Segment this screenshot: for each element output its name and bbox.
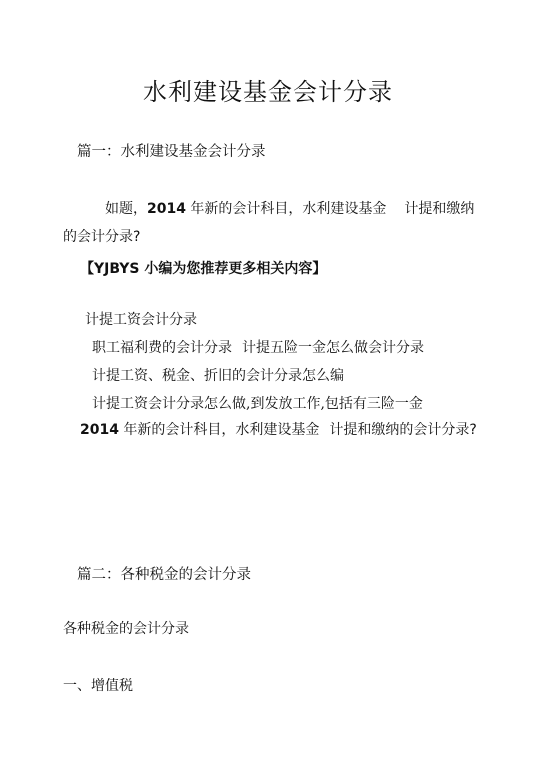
- question-line-2: 的会计分录?: [63, 226, 140, 246]
- section-heading-2: 篇二：各种税金的会计分录: [77, 563, 251, 584]
- question-middle: 年新的会计科目，水利建设基金: [186, 201, 386, 217]
- recommend-banner: 【YJBYS 小编为您推荐更多相关内容】: [80, 258, 326, 278]
- document-title: 水利建设基金会计分录: [0, 72, 536, 107]
- question-end: 计提和缴纳: [404, 201, 474, 217]
- related-link-3[interactable]: 计提五险一金怎么做会计分录: [242, 340, 424, 356]
- related-link-5[interactable]: 计提工资会计分录怎么做,到发放工作,包括有三险一金: [92, 393, 423, 413]
- year-text: 2014: [147, 201, 186, 217]
- section2-subtitle: 各种税金的会计分录: [63, 618, 189, 638]
- section-heading-1: 篇一：水利建设基金会计分录: [77, 140, 266, 161]
- item-vat-heading: 一、增值税: [63, 675, 133, 695]
- related-link-2[interactable]: 职工福利费的会计分录: [92, 340, 232, 356]
- year-text: 2014: [80, 422, 119, 438]
- related-link-6[interactable]: 2014 年新的会计科目，水利建设基金计提和缴纳的会计分录?: [80, 419, 477, 439]
- link-text-end: 计提和缴纳的会计分录?: [329, 422, 476, 438]
- question-line-1: 如题，2014 年新的会计科目，水利建设基金计提和缴纳: [105, 198, 474, 218]
- related-link-4[interactable]: 计提工资、税金、折旧的会计分录怎么编: [92, 365, 344, 385]
- related-link-1[interactable]: 计提工资会计分录: [85, 309, 197, 329]
- related-links-row: 职工福利费的会计分录计提五险一金怎么做会计分录: [92, 337, 424, 357]
- link-text-middle: 年新的会计科目，水利建设基金: [119, 422, 319, 438]
- question-prefix: 如题，: [105, 201, 147, 217]
